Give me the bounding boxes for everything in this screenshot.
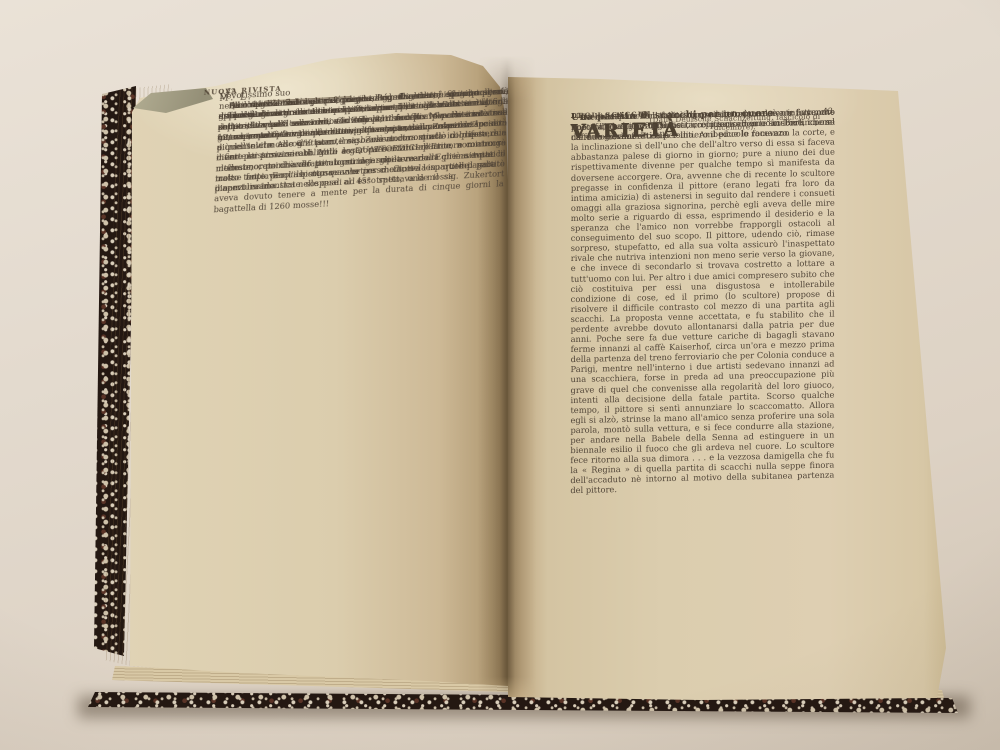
paragraph: La bellezza e l'amabilità di una signori… (570, 106, 835, 495)
book-photo: 42 NUOVA RIVISTA nere che ebbero luogo p… (0, 0, 1000, 750)
